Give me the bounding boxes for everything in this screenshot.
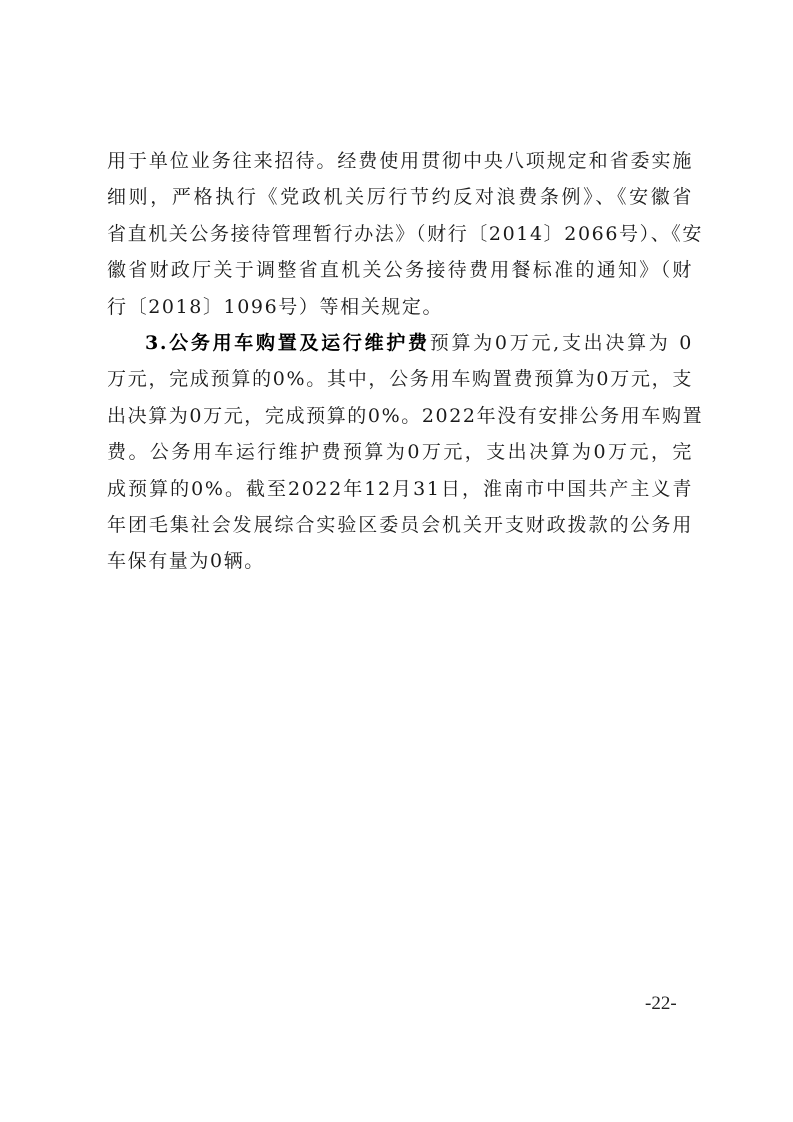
paragraph-line: 费。公务用车运行维护费预算为0万元，支出决算为0万元，完	[107, 434, 693, 470]
section-3-first-line-text: 预算为0万元,支出决算为 0	[430, 332, 693, 354]
document-body: 用于单位业务往来招待。经费使用贯彻中央八项规定和省委实施 细则，严格执行《党政机…	[107, 143, 693, 580]
paragraph-line: 细则，严格执行《党政机关厉行节约反对浪费条例》、《安徽省	[107, 179, 693, 215]
paragraph-line: 万元，完成预算的0%。其中，公务用车购置费预算为0万元，支	[107, 361, 693, 397]
section-3-first-line: 3.公务用车购置及运行维护费预算为0万元,支出决算为 0	[107, 325, 693, 361]
paragraph-line: 省直机关公务接待管理暂行办法》（财行〔2014〕2066号）、《安	[107, 216, 693, 252]
paragraph-line: 出决算为0万元，完成预算的0%。2022年没有安排公务用车购置	[107, 398, 693, 434]
paragraph-line: 用于单位业务往来招待。经费使用贯彻中央八项规定和省委实施	[107, 143, 693, 179]
paragraph-line: 车保有量为0辆。	[107, 543, 693, 579]
paragraph-line: 成预算的0%。截至2022年12月31日，淮南市中国共产主义青	[107, 471, 693, 507]
section-3-heading: 3.公务用车购置及运行维护费	[145, 332, 430, 354]
paragraph-line: 行〔2018〕1096号）等相关规定。	[107, 289, 693, 325]
paragraph-line: 徽省财政厅关于调整省直机关公务接待费用餐标准的通知》（财	[107, 252, 693, 288]
paragraph-line: 年团毛集社会发展综合实验区委员会机关开支财政拨款的公务用	[107, 507, 693, 543]
document-page: 用于单位业务往来招待。经费使用贯彻中央八项规定和省委实施 细则，严格执行《党政机…	[0, 0, 793, 1122]
page-number: -22-	[645, 993, 677, 1015]
